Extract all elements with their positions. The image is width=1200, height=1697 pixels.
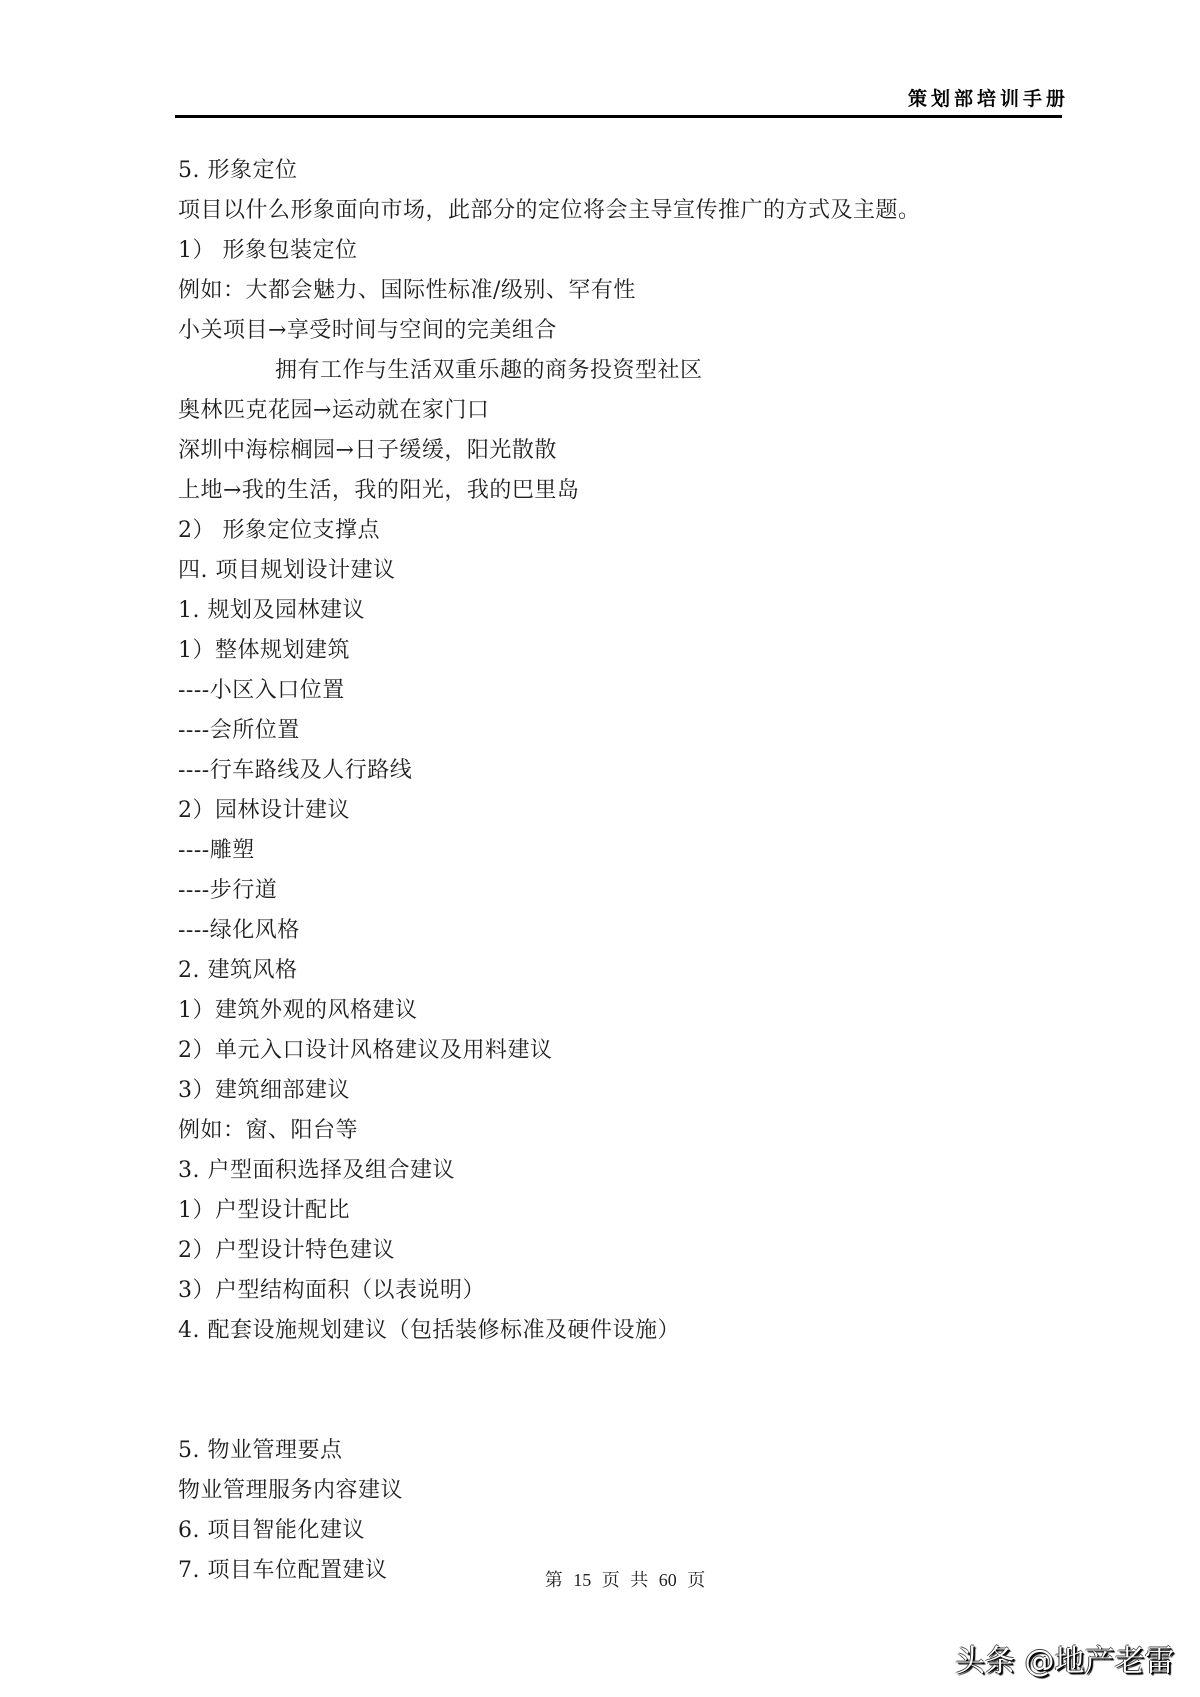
subsection-heading: 2）单元入口设计风格建议及用料建议 xyxy=(178,1031,1078,1071)
subsection-heading: 1）整体规划建筑 xyxy=(178,631,1078,671)
subsection-heading: 3）建筑细部建议 xyxy=(178,1071,1078,1111)
subsection-heading: 1） 形象包装定位 xyxy=(178,231,1078,271)
subsection-heading: 2）园林设计建议 xyxy=(178,791,1078,831)
section-heading: 2. 建筑风格 xyxy=(178,951,1078,991)
page-number-footer: 第 15 页 共 60 页 xyxy=(0,1566,1200,1592)
slogan-example: 上地→我的生活，我的阳光，我的巴里岛 xyxy=(178,471,1078,511)
subsection-heading: 1）建筑外观的风格建议 xyxy=(178,991,1078,1031)
bullet-item: ----雕塑 xyxy=(178,831,1078,871)
subsection-heading: 1）户型设计配比 xyxy=(178,1191,1078,1231)
section-heading: 5. 物业管理要点 xyxy=(178,1431,1078,1471)
document-page: 策划部培训手册 5. 形象定位 项目以什么形象面向市场，此部分的定位将会主导宣传… xyxy=(0,0,1200,1697)
subsection-heading: 2） 形象定位支撑点 xyxy=(178,511,1078,551)
subsection-heading: 2）户型设计特色建议 xyxy=(178,1231,1078,1271)
slogan-example: 小关项目→享受时间与空间的完美组合 xyxy=(178,311,1078,351)
paragraph: 物业管理服务内容建议 xyxy=(178,1471,1078,1511)
paragraph: 例如：窗、阳台等 xyxy=(178,1111,1078,1151)
subsection-heading: 3）户型结构面积（以表说明） xyxy=(178,1271,1078,1311)
slogan-example-continued: 拥有工作与生活双重乐趣的商务投资型社区 xyxy=(178,351,1078,391)
slogan-example: 奥林匹克花园→运动就在家门口 xyxy=(178,391,1078,431)
bullet-item: ----绿化风格 xyxy=(178,911,1078,951)
bullet-item: ----会所位置 xyxy=(178,711,1078,751)
bullet-item: ----行车路线及人行路线 xyxy=(178,751,1078,791)
section-heading: 1. 规划及园林建议 xyxy=(178,591,1078,631)
section-heading: 4. 配套设施规划建议（包括装修标准及硬件设施） xyxy=(178,1311,1078,1351)
section-heading: 6. 项目智能化建议 xyxy=(178,1511,1078,1551)
header-divider xyxy=(175,115,1062,118)
paragraph: 例如：大都会魅力、国际性标准/级别、罕有性 xyxy=(178,271,1078,311)
bullet-item: ----小区入口位置 xyxy=(178,671,1078,711)
slogan-example: 深圳中海棕榈园→日子缓缓，阳光散散 xyxy=(178,431,1078,471)
running-header-title: 策划部培训手册 xyxy=(908,84,1068,111)
watermark-text: 头条 @地产老雷 xyxy=(955,1636,1175,1680)
paragraph: 项目以什么形象面向市场，此部分的定位将会主导宣传推广的方式及主题。 xyxy=(178,191,1078,231)
blank-spacer xyxy=(178,1351,1078,1431)
chapter-heading: 四. 项目规划设计建议 xyxy=(178,551,1078,591)
bullet-item: ----步行道 xyxy=(178,871,1078,911)
document-body: 5. 形象定位 项目以什么形象面向市场，此部分的定位将会主导宣传推广的方式及主题… xyxy=(178,151,1078,1591)
section-heading: 3. 户型面积选择及组合建议 xyxy=(178,1151,1078,1191)
section-heading: 5. 形象定位 xyxy=(178,151,1078,191)
